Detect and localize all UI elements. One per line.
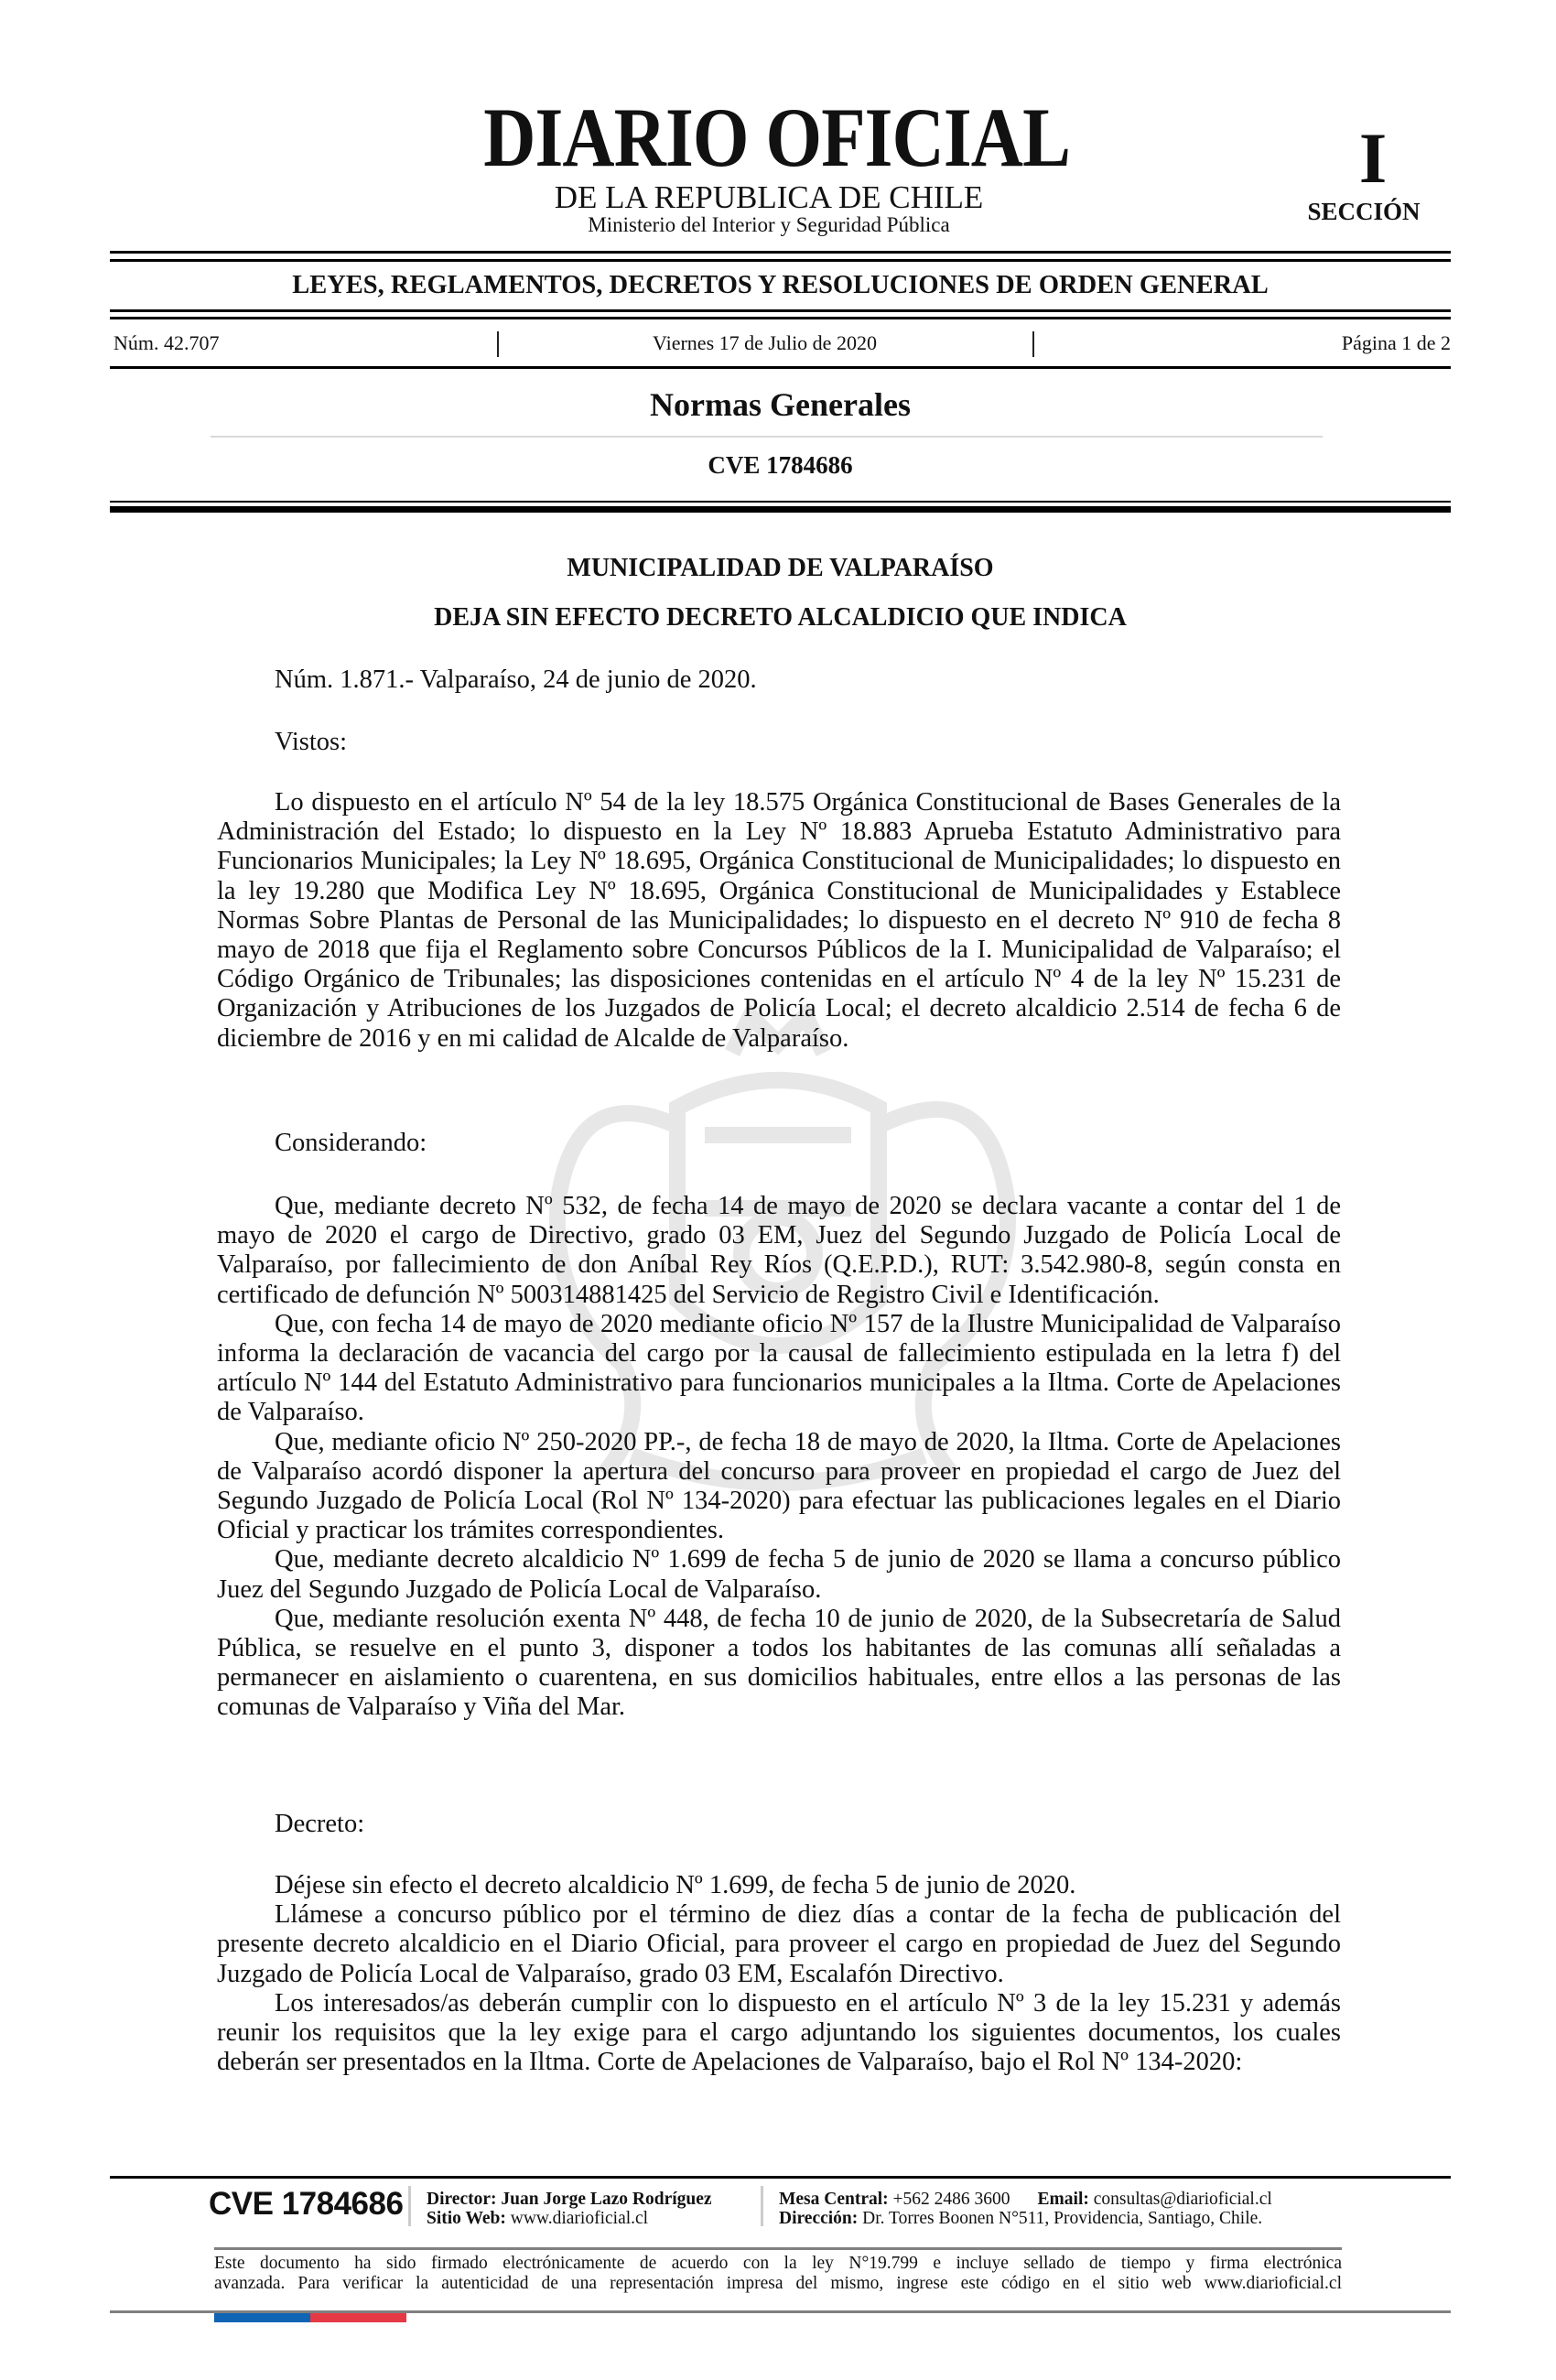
footer-top-rule <box>110 2176 1451 2179</box>
considerando-paragraph: Que, mediante decreto Nº 532, de fecha 1… <box>217 1192 1341 1310</box>
signature-notice: Este documento ha sido firmado electróni… <box>214 2254 1342 2294</box>
category-divider <box>211 436 1323 438</box>
footer-director-block: Director: Juan Jorge Lazo Rodríguez Siti… <box>427 2190 712 2228</box>
category-heading: Normas Generales <box>110 384 1451 425</box>
masthead-title: DIARIO OFICIAL <box>108 92 1446 183</box>
considerando-paragraph: Que, mediante oficio Nº 250-2020 PP.-, d… <box>217 1428 1341 1546</box>
footer-mid-rule <box>214 2247 1342 2250</box>
decreto-section: Déjese sin efecto el decreto alcaldicio … <box>217 1871 1341 2077</box>
footer-address: Dr. Torres Boonen N°511, Providencia, Sa… <box>862 2209 1262 2228</box>
decreto-paragraph: Déjese sin efecto el decreto alcaldicio … <box>217 1871 1341 1900</box>
flag-bar-red <box>310 2313 406 2322</box>
considerando-paragraph: Que, mediante resolución exenta Nº 448, … <box>217 1605 1341 1723</box>
page-indicator: Página 1 de 2 <box>1342 330 1451 357</box>
flag-bar-blue <box>214 2313 310 2322</box>
header-rule <box>110 506 1451 513</box>
footer-cve-code: CVE 1784686 <box>209 2186 403 2223</box>
footer-email-link[interactable]: consultas@diarioficial.cl <box>1094 2190 1272 2209</box>
footer-phone: +562 2486 3600 <box>893 2190 1010 2209</box>
considerando-section: Que, mediante decreto Nº 532, de fecha 1… <box>217 1192 1341 1723</box>
decree-number-line: Núm. 1.871.- Valparaíso, 24 de junio de … <box>275 665 757 695</box>
section-label: SECCIÓN <box>1291 198 1437 225</box>
header-rule <box>110 259 1451 262</box>
document-issuer: MUNICIPALIDAD DE VALPARAÍSO <box>110 553 1451 584</box>
issue-number: Núm. 42.707 <box>113 330 220 357</box>
vistos-label: Vistos: <box>275 728 347 757</box>
section-number: I <box>1300 124 1446 192</box>
footer-divider <box>408 2186 411 2226</box>
director-name: Juan Jorge Lazo Rodríguez <box>501 2190 711 2209</box>
header-rule <box>110 501 1451 503</box>
section-banner: LEYES, REGLAMENTOS, DECRETOS Y RESOLUCIO… <box>110 269 1451 302</box>
document-title: DEJA SIN EFECTO DECRETO ALCALDICIO QUE I… <box>110 602 1451 633</box>
considerando-paragraph: Que, con fecha 14 de mayo de 2020 median… <box>217 1310 1341 1428</box>
decreto-label: Decreto: <box>275 1810 364 1839</box>
header-rule <box>110 317 1451 319</box>
footer-website-link[interactable]: www.diarioficial.cl <box>511 2209 648 2228</box>
footer-contact-block: Mesa Central: +562 2486 3600Email: consu… <box>779 2190 1272 2228</box>
issue-date: Viernes 17 de Julio de 2020 <box>497 330 1032 357</box>
footer-divider <box>761 2186 763 2226</box>
meta-divider <box>1032 331 1034 357</box>
decreto-paragraph: Los interesados/as deberán cumplir con l… <box>217 1989 1341 2078</box>
considerando-paragraph: Que, mediante decreto alcaldicio Nº 1.69… <box>217 1545 1341 1604</box>
header-rule <box>110 366 1451 369</box>
header-rule <box>110 309 1451 312</box>
considerando-label: Considerando: <box>275 1129 427 1158</box>
header-rule <box>110 251 1451 254</box>
cve-code: CVE 1784686 <box>110 449 1451 481</box>
vistos-paragraph: Lo dispuesto en el artículo Nº 54 de la … <box>217 788 1341 1054</box>
decreto-paragraph: Llámese a concurso público por el términ… <box>217 1900 1341 1989</box>
